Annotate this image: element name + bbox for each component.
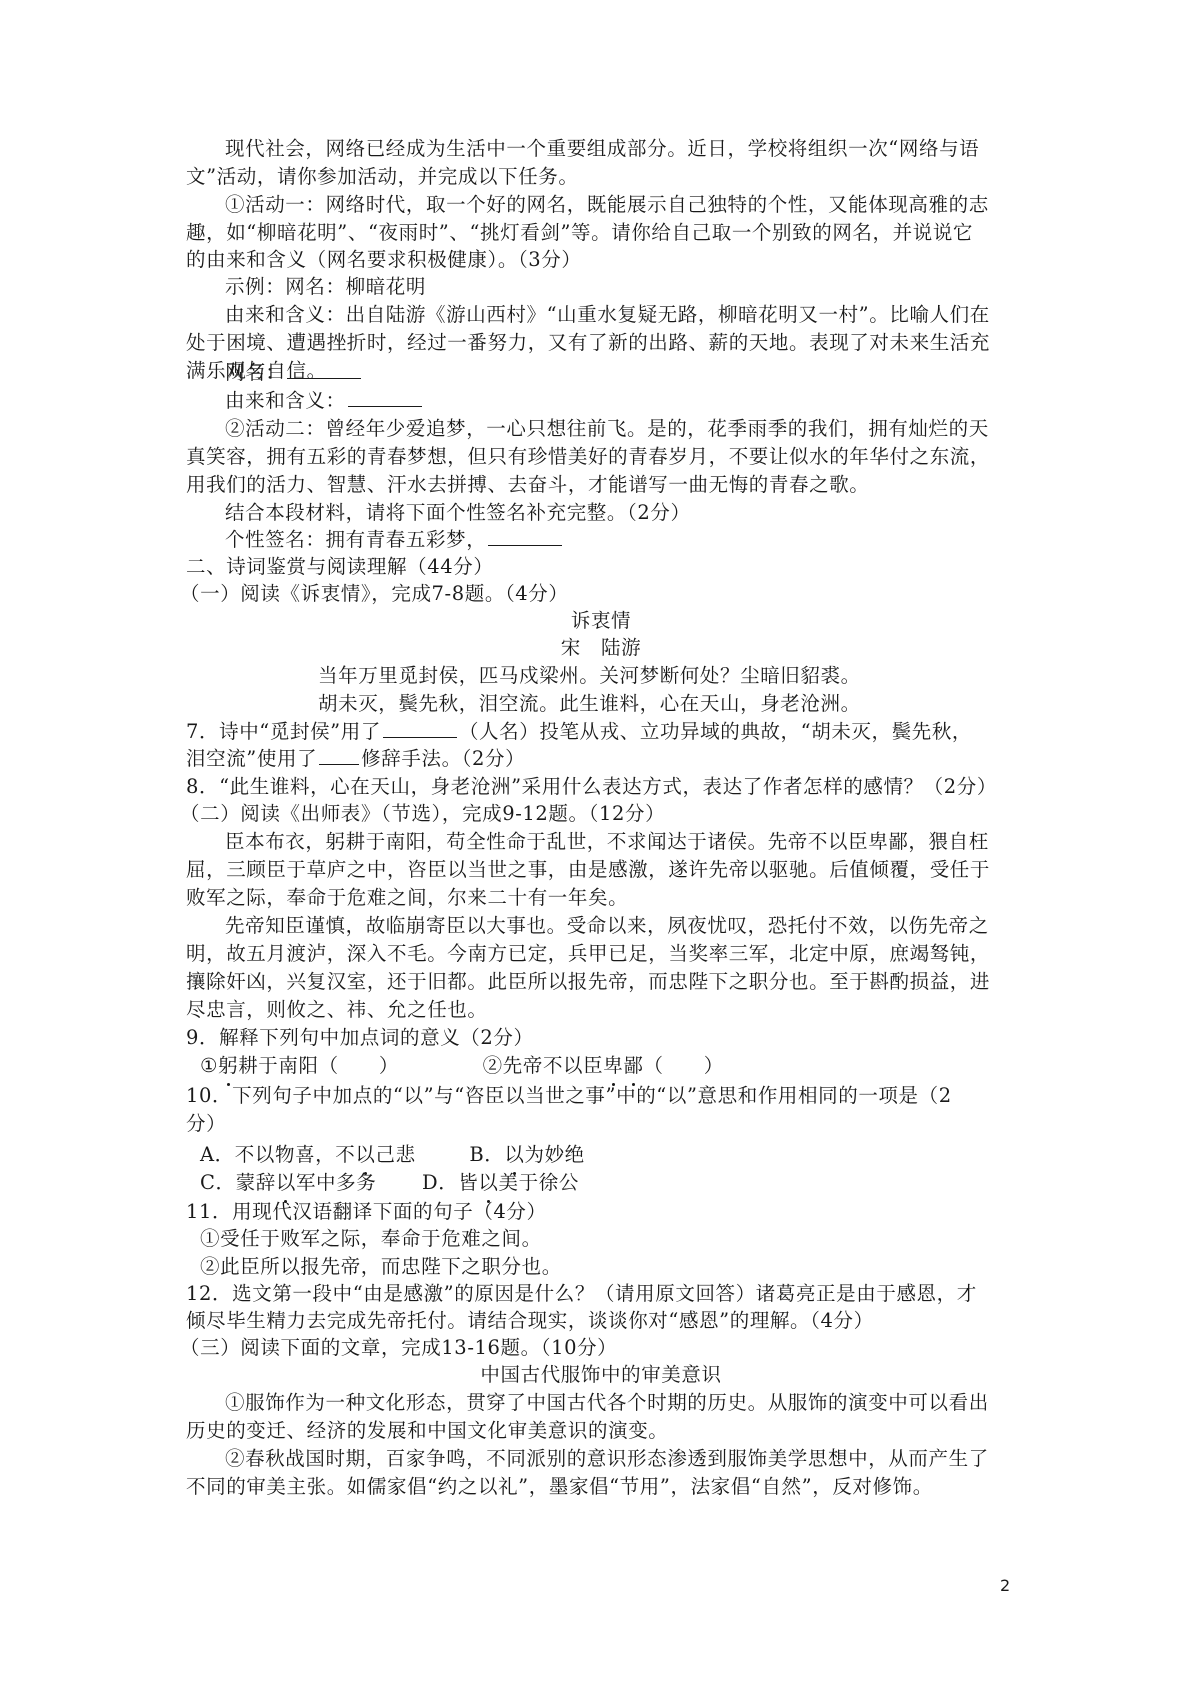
- option-c-dotted: 以: [276, 1166, 296, 1199]
- q9-dotted-word: 卑: [603, 1049, 623, 1082]
- signature-label: 个性签名：拥有青春五彩梦，: [225, 528, 486, 551]
- q7-rhetoric-blank[interactable]: [319, 744, 359, 765]
- q9-item2-text: ②先帝不以臣: [483, 1054, 604, 1077]
- option-d-text: D．皆: [422, 1171, 478, 1194]
- exam-page: 现代社会，网络已经成为生活中一个重要组成部分。近日，学校将组织一次“网络与语 文…: [0, 0, 1200, 1698]
- option-d-text-end: 美于徐公: [499, 1171, 579, 1194]
- q9-item1-text: 耕于南阳（ ）: [238, 1054, 399, 1077]
- meaning-label: 由来和含义：: [225, 389, 346, 412]
- question-10-options-cd: C．蒙辞以军中多务 D．皆以美于徐公: [200, 1166, 1030, 1199]
- question-10-stem-2: 分）: [186, 1107, 1016, 1140]
- question-9-items: ①躬耕于南阳（ ） ②先帝不以臣卑鄙（ ）: [200, 1049, 1030, 1082]
- meaning-answer-blank[interactable]: [348, 386, 422, 407]
- q7-text-b: （人名）投笔从戎、立功异域的典故，“胡未灭，鬓先秋，: [459, 720, 972, 743]
- article-p2-line-2: 不同的审美主张。如儒家倡“约之以礼”，墨家倡“节用”，法家倡“自然”，反对修饰。: [186, 1470, 1016, 1503]
- option-b[interactable]: B．以为妙绝: [469, 1143, 584, 1166]
- option-c-text-end: 军中多务: [296, 1171, 376, 1194]
- q7-text-a: 7．诗中“觅封侯”用了: [186, 720, 381, 743]
- option-a-text-end: 己悲: [376, 1143, 416, 1166]
- q9-dotted-word: 鄙: [623, 1049, 643, 1082]
- signature-answer-blank[interactable]: [488, 525, 562, 546]
- option-b-text: B．: [469, 1143, 504, 1166]
- option-b-text-end: 为妙绝: [524, 1143, 584, 1166]
- q7-text-c: 泪空流”使用了: [186, 747, 317, 770]
- q9-item2-paren: （ ）: [643, 1054, 723, 1077]
- q7-person-blank[interactable]: [383, 717, 457, 738]
- option-c[interactable]: C．蒙辞以军中多务: [200, 1171, 376, 1194]
- option-a-text: A．不以物喜，不: [200, 1143, 355, 1166]
- option-c-text: C．蒙辞: [200, 1171, 276, 1194]
- option-a[interactable]: A．不以物喜，不以己悲: [200, 1143, 416, 1166]
- name-label: 网名：: [225, 361, 285, 384]
- q7-text-d: 修辞手法。（2分）: [361, 747, 525, 770]
- name-answer-blank[interactable]: [287, 358, 361, 379]
- option-d[interactable]: D．皆以美于徐公: [422, 1171, 579, 1194]
- q9-dotted-word: 躬: [218, 1049, 238, 1082]
- q9-item1-num: ①: [200, 1054, 218, 1077]
- page-number: 2: [1000, 1576, 1030, 1595]
- option-d-dotted: 以: [478, 1166, 498, 1199]
